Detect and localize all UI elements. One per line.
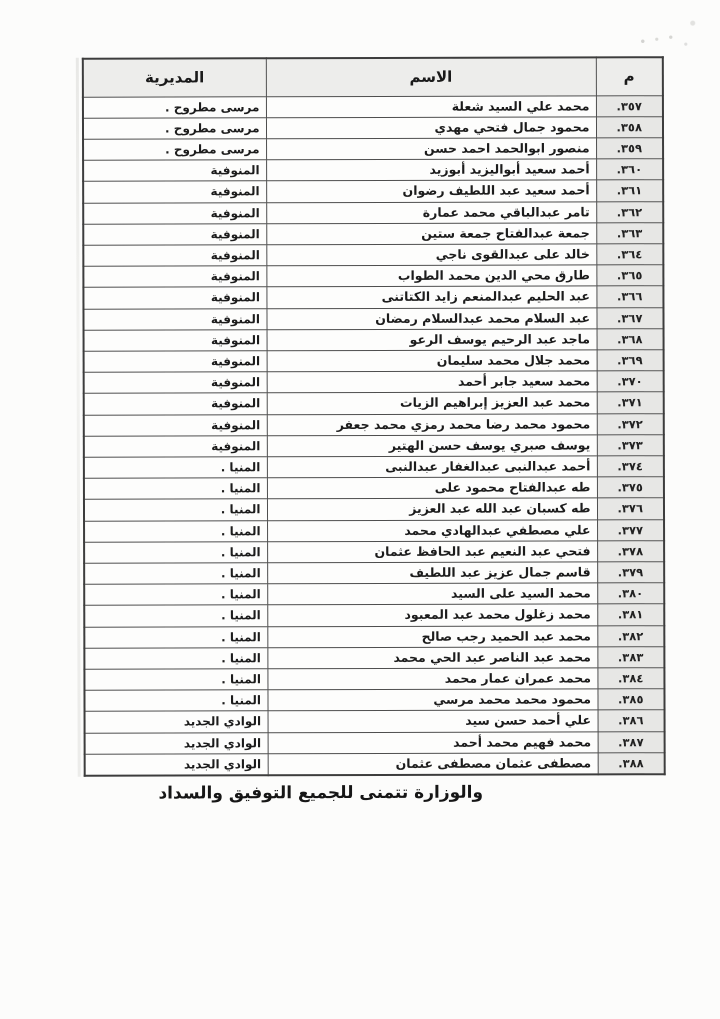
table-row: ٣٨٠. محمد السيد على السيد المنيا . bbox=[84, 583, 664, 606]
table-row: ٣٨١. محمد زغلول محمد عبد المعبود المنيا … bbox=[84, 604, 664, 627]
row-number: ٣٦٣. bbox=[596, 222, 663, 243]
row-name: محمد زغلول محمد عبد المعبود bbox=[267, 604, 597, 626]
row-number: ٣٦٧. bbox=[596, 307, 663, 328]
table-row: ٣٧٨. فتحي عبد النعيم عبد الحافظ عثمان ال… bbox=[84, 540, 664, 563]
document-sheet: م الاسم المديرية ٣٥٧. محمد علي السيد شعل… bbox=[0, 0, 720, 1019]
column-header-number: م bbox=[596, 57, 663, 95]
row-name: طارق محي الدين محمد الطواب bbox=[266, 265, 596, 287]
row-number: ٣٨٢. bbox=[597, 625, 664, 646]
column-header-directorate: المديرية bbox=[83, 58, 266, 96]
row-directorate: المنوفية bbox=[83, 266, 266, 288]
table-row: ٣٧١. محمد عبد العزيز إبراهيم الزيات المن… bbox=[84, 392, 664, 415]
row-directorate: مرسى مطروح . bbox=[83, 139, 266, 161]
table-header: م الاسم المديرية bbox=[83, 57, 663, 97]
table-row: ٣٥٨. محمود جمال فتحي مهدي مرسى مطروح . bbox=[83, 116, 663, 139]
table-row: ٣٦٨. ماجد عبد الرحيم يوسف الرعو المنوفية bbox=[84, 328, 664, 351]
table-row: ٣٨٤. محمد عمران عمار محمد المنيا . bbox=[84, 668, 664, 691]
row-name: محمد علي السيد شعلة bbox=[266, 95, 596, 117]
row-name: محمد عبد الحميد رجب صالح bbox=[267, 625, 597, 647]
row-name: عبد السلام محمد عبدالسلام رمضان bbox=[266, 307, 596, 329]
row-directorate: المنيا . bbox=[84, 563, 267, 585]
row-directorate: المنوفية bbox=[83, 223, 266, 245]
table-row: ٣٥٧. محمد علي السيد شعلة مرسى مطروح . bbox=[83, 95, 663, 118]
row-directorate: المنوفية bbox=[83, 287, 266, 309]
scan-noise-artifact bbox=[631, 9, 706, 54]
row-directorate: المنيا . bbox=[84, 499, 267, 521]
row-number: ٣٦١. bbox=[596, 180, 663, 201]
row-directorate: المنوفية bbox=[84, 393, 267, 415]
row-number: ٣٧١. bbox=[597, 392, 664, 413]
row-directorate: المنيا . bbox=[84, 457, 267, 479]
row-directorate: المنيا . bbox=[84, 605, 267, 627]
row-number: ٣٥٧. bbox=[596, 95, 663, 116]
row-number: ٣٨٣. bbox=[597, 646, 664, 667]
scanned-document-page: م الاسم المديرية ٣٥٧. محمد علي السيد شعل… bbox=[0, 0, 720, 1019]
row-directorate: المنيا . bbox=[84, 520, 267, 542]
row-number: ٣٧٦. bbox=[597, 498, 664, 519]
table-row: ٣٦٦. عبد الحليم عبدالمنعم زايد الكتاتنى … bbox=[83, 286, 663, 309]
column-header-name: الاسم bbox=[266, 57, 596, 96]
row-name: علي مصطفي عبدالهادي محمد bbox=[267, 519, 597, 541]
scan-edge-shadow bbox=[76, 58, 81, 777]
row-number: ٣٧٤. bbox=[597, 456, 664, 477]
table-row: ٣٦٢. تامر عبدالباقي محمد عمارة المنوفية bbox=[83, 201, 663, 224]
row-number: ٣٧٨. bbox=[597, 540, 664, 561]
row-number: ٣٧٣. bbox=[597, 434, 664, 455]
row-name: محمد عبد العزيز إبراهيم الزيات bbox=[267, 392, 597, 414]
row-name: فتحي عبد النعيم عبد الحافظ عثمان bbox=[267, 541, 597, 563]
row-number: ٣٨٧. bbox=[598, 731, 665, 752]
table-row: ٣٧٧. علي مصطفي عبدالهادي محمد المنيا . bbox=[84, 519, 664, 542]
names-roster-table: م الاسم المديرية ٣٥٧. محمد علي السيد شعل… bbox=[82, 56, 666, 777]
row-number: ٣٦٩. bbox=[597, 350, 664, 371]
row-name: خالد على عبدالقوى ناجي bbox=[266, 244, 596, 266]
row-number: ٣٦٥. bbox=[596, 265, 663, 286]
table-row: ٣٧٤. أحمد عبدالنبى عبدالغفار عبدالنبى ال… bbox=[84, 456, 664, 479]
row-number: ٣٥٩. bbox=[596, 138, 663, 159]
row-directorate: المنوفية bbox=[84, 414, 267, 436]
row-number: ٣٨٠. bbox=[597, 583, 664, 604]
row-directorate: المنوفية bbox=[84, 435, 267, 457]
table-row: ٣٨٣. محمد عبد الناصر عبد الحي محمد المني… bbox=[84, 646, 664, 669]
row-name: محمود محمد رضا محمد رمزي محمد جعفر bbox=[267, 413, 597, 435]
row-number: ٣٦٦. bbox=[596, 286, 663, 307]
table-row: ٣٨٨. مصطفى عثمان مصطفى عثمان الوادي الجد… bbox=[85, 753, 665, 776]
row-directorate: الوادي الجديد bbox=[85, 732, 268, 754]
row-directorate: المنيا . bbox=[84, 584, 267, 606]
row-directorate: مرسى مطروح . bbox=[83, 117, 266, 139]
table-row: ٣٦٤. خالد على عبدالقوى ناجي المنوفية bbox=[83, 244, 663, 267]
table-row: ٣٨٢. محمد عبد الحميد رجب صالح المنيا . bbox=[84, 625, 664, 648]
row-name: محمد سعيد جابر أحمد bbox=[267, 371, 597, 393]
row-name: يوسف صبري يوسف حسن الهتير bbox=[267, 435, 597, 457]
row-directorate: المنوفية bbox=[83, 160, 266, 182]
table-row: ٣٧٢. محمود محمد رضا محمد رمزي محمد جعفر … bbox=[84, 413, 664, 436]
row-name: محمد عمران عمار محمد bbox=[267, 668, 597, 690]
row-number: ٣٨٤. bbox=[597, 668, 664, 689]
row-number: ٣٥٨. bbox=[596, 116, 663, 137]
row-number: ٣٨٦. bbox=[598, 710, 665, 731]
row-name: محمود جمال فتحي مهدي bbox=[266, 117, 596, 139]
row-directorate: المنوفية bbox=[83, 308, 266, 330]
row-directorate: المنيا . bbox=[84, 478, 267, 500]
table-row: ٣٧٥. طه عبدالفتاح محمود على المنيا . bbox=[84, 477, 664, 500]
roster-table-container: م الاسم المديرية ٣٥٧. محمد علي السيد شعل… bbox=[84, 56, 666, 777]
row-number: ٣٦٤. bbox=[596, 244, 663, 265]
row-number: ٣٧٧. bbox=[597, 519, 664, 540]
row-name: طه كسبان عبد الله عبد العزيز bbox=[267, 498, 597, 520]
row-name: محمود محمد محمد مرسي bbox=[267, 689, 597, 711]
row-number: ٣٦٨. bbox=[597, 328, 664, 349]
row-directorate: المنيا . bbox=[84, 690, 267, 712]
row-directorate: المنيا . bbox=[84, 626, 267, 648]
row-number: ٣٦٠. bbox=[596, 159, 663, 180]
row-name: جمعة عبدالفتاح جمعة ستين bbox=[266, 223, 596, 245]
row-name: عبد الحليم عبدالمنعم زايد الكتاتنى bbox=[266, 286, 596, 308]
row-name: تامر عبدالباقي محمد عمارة bbox=[266, 201, 596, 223]
table-body: ٣٥٧. محمد علي السيد شعلة مرسى مطروح . ٣٥… bbox=[83, 95, 665, 776]
table-row: ٣٧٣. يوسف صبري يوسف حسن الهتير المنوفية bbox=[84, 434, 664, 457]
row-name: أحمد سعيد عبد اللطيف رضوان bbox=[266, 180, 596, 202]
row-directorate: المنيا . bbox=[84, 669, 267, 691]
row-name: ماجد عبد الرحيم يوسف الرعو bbox=[267, 329, 597, 351]
table-row: ٣٧٦. طه كسبان عبد الله عبد العزيز المنيا… bbox=[84, 498, 664, 521]
table-row: ٣٦٥. طارق محي الدين محمد الطواب المنوفية bbox=[83, 265, 663, 288]
row-directorate: الوادي الجديد bbox=[85, 711, 268, 733]
row-number: ٣٧٩. bbox=[597, 562, 664, 583]
row-directorate: المنيا . bbox=[84, 542, 267, 564]
table-row: ٣٦٣. جمعة عبدالفتاح جمعة ستين المنوفية bbox=[83, 222, 663, 245]
row-name: قاسم جمال عزيز عبد اللطيف bbox=[267, 562, 597, 584]
row-name: منصور ابوالحمد احمد حسن bbox=[266, 138, 596, 160]
table-row: ٣٦٠. أحمد سعيد أبواليزيد أبوزيد المنوفية bbox=[83, 159, 663, 182]
table-row: ٣٧٩. قاسم جمال عزيز عبد اللطيف المنيا . bbox=[84, 562, 664, 585]
row-name: طه عبدالفتاح محمود على bbox=[267, 477, 597, 499]
table-row: ٣٥٩. منصور ابوالحمد احمد حسن مرسى مطروح … bbox=[83, 138, 663, 161]
closing-wish-text: والوزارة تتمنى للجميع التوفيق والسداد bbox=[101, 783, 541, 804]
row-name: أحمد سعيد أبواليزيد أبوزيد bbox=[266, 159, 596, 181]
row-directorate: المنوفية bbox=[83, 181, 266, 203]
row-name: محمد عبد الناصر عبد الحي محمد bbox=[267, 647, 597, 669]
row-directorate: المنوفية bbox=[84, 351, 267, 373]
row-number: ٣٧٢. bbox=[597, 413, 664, 434]
row-number: ٣٧٥. bbox=[597, 477, 664, 498]
table-row: ٣٨٦. علي أحمد حسن سيد الوادي الجديد bbox=[85, 710, 665, 733]
row-number: ٣٨٨. bbox=[598, 753, 665, 775]
table-row: ٣٦٧. عبد السلام محمد عبدالسلام رمضان الم… bbox=[83, 307, 663, 330]
row-name: علي أحمد حسن سيد bbox=[268, 710, 598, 732]
table-row: ٣٧٠. محمد سعيد جابر أحمد المنوفية bbox=[84, 371, 664, 394]
table-row: ٣٦٩. محمد جلال محمد سليمان المنوفية bbox=[84, 350, 664, 373]
row-directorate: المنوفية bbox=[83, 245, 266, 267]
row-number: ٣٦٢. bbox=[596, 201, 663, 222]
row-number: ٣٨٥. bbox=[597, 689, 664, 710]
row-name: محمد فهيم محمد أحمد bbox=[268, 731, 598, 753]
row-directorate: مرسى مطروح . bbox=[83, 96, 266, 118]
row-name: محمد السيد على السيد bbox=[267, 583, 597, 605]
row-directorate: المنيا . bbox=[84, 648, 267, 670]
row-number: ٣٨١. bbox=[597, 604, 664, 625]
row-name: محمد جلال محمد سليمان bbox=[267, 350, 597, 372]
row-directorate: المنوفية bbox=[84, 372, 267, 394]
row-directorate: المنوفية bbox=[84, 329, 267, 351]
row-directorate: الوادي الجديد bbox=[85, 754, 268, 776]
row-name: أحمد عبدالنبى عبدالغفار عبدالنبى bbox=[267, 456, 597, 478]
table-row: ٣٨٧. محمد فهيم محمد أحمد الوادي الجديد bbox=[85, 731, 665, 754]
row-directorate: المنوفية bbox=[83, 202, 266, 224]
table-row: ٣٦١. أحمد سعيد عبد اللطيف رضوان المنوفية bbox=[83, 180, 663, 203]
table-row: ٣٨٥. محمود محمد محمد مرسي المنيا . bbox=[84, 689, 664, 712]
row-number: ٣٧٠. bbox=[597, 371, 664, 392]
row-name: مصطفى عثمان مصطفى عثمان bbox=[268, 753, 598, 776]
